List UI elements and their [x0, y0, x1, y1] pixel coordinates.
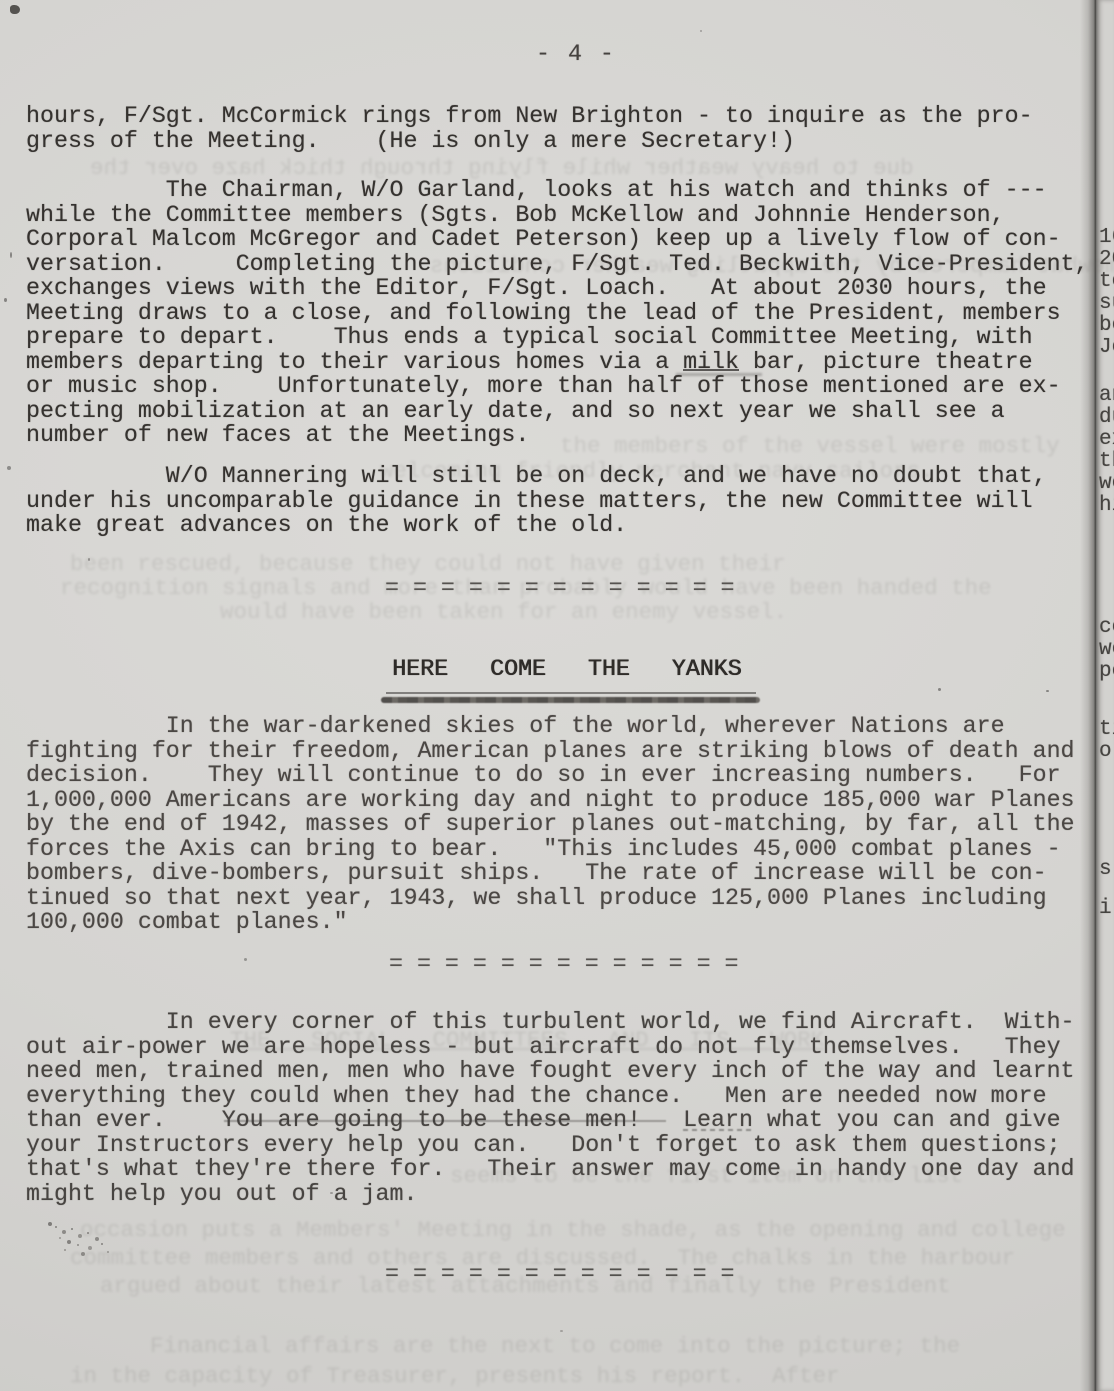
- adjacent-page-text-fragment: ex: [1099, 428, 1114, 451]
- ink-speck: [938, 688, 941, 691]
- adjacent-page-text-fragment: 20: [1099, 248, 1114, 271]
- ink-speck: [4, 298, 7, 302]
- paragraph-hours-mccormick: hours, F/Sgt. McCormick rings from New B…: [26, 104, 1033, 153]
- adjacent-page-text-fragment: s: [1099, 858, 1112, 881]
- adjacent-page-text-fragment: th: [1099, 450, 1114, 473]
- ink-speck-cluster: [48, 1222, 52, 1226]
- page-number: - 4 -: [536, 42, 616, 67]
- adjacent-page-text-fragment: co: [1099, 616, 1114, 639]
- adjacent-page-text-fragment: i: [1099, 897, 1112, 920]
- ink-speck: [88, 558, 90, 561]
- bleedthrough-text: in the capacity of Treasurer, presents h…: [70, 1364, 840, 1388]
- paragraph-chairman-garland: The Chairman, W/O Garland, looks at his …: [26, 178, 1089, 448]
- paragraph-mannering: W/O Mannering will still be on deck, and…: [26, 464, 1047, 538]
- separator-equals-2: = = = = = = = = = = = = =: [389, 952, 739, 977]
- bleedthrough-text: would have been taken for an enemy vesse…: [220, 600, 787, 624]
- heading-underline-thin: [386, 692, 756, 694]
- adjacent-page-text-fragment: o: [1099, 740, 1112, 763]
- adjacent-page-text-fragment: ti: [1099, 718, 1114, 741]
- learn-word-dotted-underline: [683, 1129, 755, 1131]
- adjacent-page-text-fragment: pe: [1099, 660, 1114, 683]
- ink-speck: [560, 1330, 563, 1332]
- adjacent-page-text-fragment: su: [1099, 292, 1114, 315]
- ink-speck: [10, 252, 12, 258]
- paragraph-here-come-the-yanks: In the war-darkened skies of the world, …: [26, 714, 1075, 935]
- ink-speck: [244, 958, 247, 961]
- adjacent-page-text-fragment: 16: [1099, 226, 1114, 249]
- heading-underline-scratchy: [381, 697, 760, 703]
- adjacent-page-text-fragment: to: [1099, 270, 1114, 293]
- adjacent-page-text-fragment: be: [1099, 314, 1114, 337]
- ink-speck: [700, 30, 702, 32]
- ink-speck: [330, 1192, 333, 1194]
- ink-speck: [1008, 842, 1010, 844]
- ink-speck: [10, 5, 20, 14]
- adjacent-page-text-fragment: we: [1099, 638, 1114, 661]
- milk-word-underline: [683, 369, 739, 371]
- bleedthrough-text: been rescued, because they could not hav…: [70, 552, 786, 576]
- separator-equals-1: = = = = = = = = = = = = =: [385, 576, 735, 601]
- adjacent-page-text-fragment: we: [1099, 472, 1114, 495]
- bleedthrough-text: Financial affairs are the next to come i…: [150, 1334, 960, 1358]
- adjacent-page-text-fragment: an: [1099, 384, 1114, 407]
- separator-equals-3: = = = = = = = = = = = = =: [385, 1262, 735, 1287]
- adjacent-page-text-fragment: Jo: [1099, 336, 1114, 359]
- bleedthrough-text: occasion puts a Members' Meeting in the …: [80, 1218, 1066, 1242]
- adjacent-page-text-fragment: hi: [1099, 494, 1114, 517]
- paragraph-aircraft-instructors: In every corner of this turbulent world,…: [26, 1010, 1075, 1206]
- section-heading-here-come-the-yanks: HERE COME THE YANKS: [392, 657, 742, 682]
- adjacent-page-text-fragment: du: [1099, 406, 1114, 429]
- ink-speck: [7, 466, 11, 470]
- milk-word-scratch: [676, 373, 762, 376]
- ink-speck: [1046, 690, 1049, 692]
- document-page: - 4 - hours, F/Sgt. McCormick rings from…: [0, 0, 1114, 1391]
- strike-artifact-these-men: [224, 1120, 666, 1122]
